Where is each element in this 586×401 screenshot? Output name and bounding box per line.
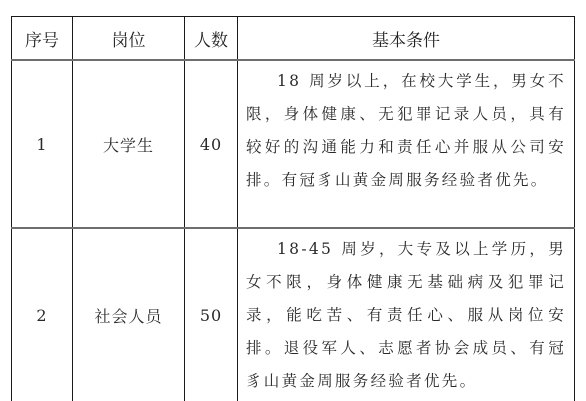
recruitment-table: 序号 岗位 人数 基本条件 1 大学生 40 18 周岁以上，在校大学生，男女不… <box>11 16 575 401</box>
header-count: 人数 <box>185 17 238 61</box>
cell-position: 大学生 <box>73 60 185 228</box>
table-row: 2 社会人员 50 18-45 周岁，大专及以上学历，男女不限，身体健康无基础病… <box>12 228 575 401</box>
cell-requirements: 18-45 周岁，大专及以上学历，男女不限，身体健康无基础病及犯罪记录，能吃苦、… <box>238 228 575 401</box>
table-row: 1 大学生 40 18 周岁以上，在校大学生，男女不限，身体健康、无犯罪记录人员… <box>12 60 575 228</box>
cell-count: 40 <box>185 60 238 228</box>
cell-count: 50 <box>185 228 238 401</box>
header-requirements: 基本条件 <box>238 17 575 61</box>
cell-position: 社会人员 <box>73 228 185 401</box>
header-seq: 序号 <box>12 17 73 61</box>
cell-requirements: 18 周岁以上，在校大学生，男女不限，身体健康、无犯罪记录人员，具有较好的沟通能… <box>238 60 575 228</box>
cell-seq: 2 <box>12 228 73 401</box>
cell-seq: 1 <box>12 60 73 228</box>
table-header-row: 序号 岗位 人数 基本条件 <box>12 17 575 61</box>
header-position: 岗位 <box>73 17 185 61</box>
